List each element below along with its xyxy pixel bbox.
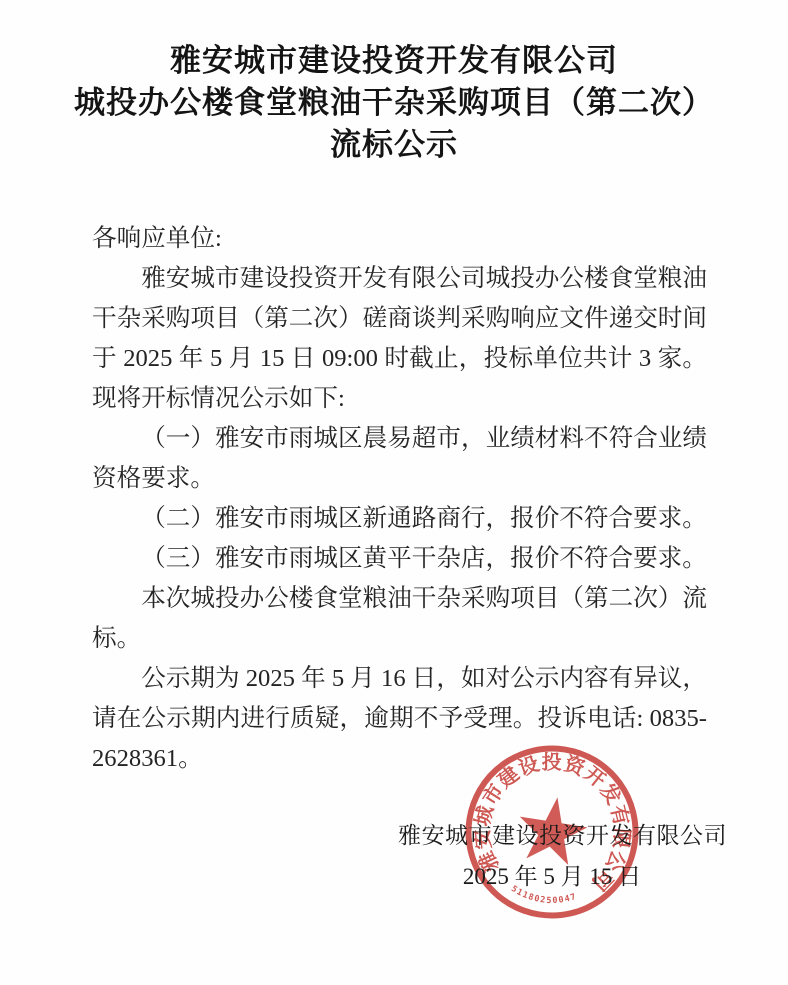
signature-date: 2025 年 5 月 15 日 bbox=[398, 863, 706, 891]
paragraph-bidder-1: （一）雅安市雨城区晨易超市，业绩材料不符合业绩资格要求。 bbox=[92, 419, 707, 499]
paragraph-overview: 雅安城市建设投资开发有限公司城投办公楼食堂粮油干杂采购项目（第二次）磋商谈判采购… bbox=[92, 259, 707, 419]
title-line-announcement: 流标公示 bbox=[0, 124, 788, 166]
paragraph-result: 本次城投办公楼食堂粮油干杂采购项目（第二次）流标。 bbox=[92, 579, 707, 659]
signature-block: 雅安城市建设投资开发有限公司 2025 年 5 月 15 日 bbox=[398, 822, 706, 891]
document-title: 雅安城市建设投资开发有限公司 城投办公楼食堂粮油干杂采购项目（第二次） 流标公示 bbox=[0, 0, 788, 166]
paragraph-bidder-3: （三）雅安市雨城区黄平干杂店，报价不符合要求。 bbox=[92, 539, 707, 579]
salutation: 各响应单位: bbox=[92, 219, 707, 259]
document-body: 各响应单位: 雅安城市建设投资开发有限公司城投办公楼食堂粮油干杂采购项目（第二次… bbox=[92, 219, 707, 779]
title-line-project: 城投办公楼食堂粮油干杂采购项目（第二次） bbox=[0, 82, 788, 124]
title-line-company: 雅安城市建设投资开发有限公司 bbox=[0, 40, 788, 82]
signature-company: 雅安城市建设投资开发有限公司 bbox=[398, 822, 706, 850]
document-page: 雅安城市建设投资开发有限公司 城投办公楼食堂粮油干杂采购项目（第二次） 流标公示… bbox=[0, 0, 788, 985]
paragraph-bidder-2: （二）雅安市雨城区新通路商行，报价不符合要求。 bbox=[92, 499, 707, 539]
